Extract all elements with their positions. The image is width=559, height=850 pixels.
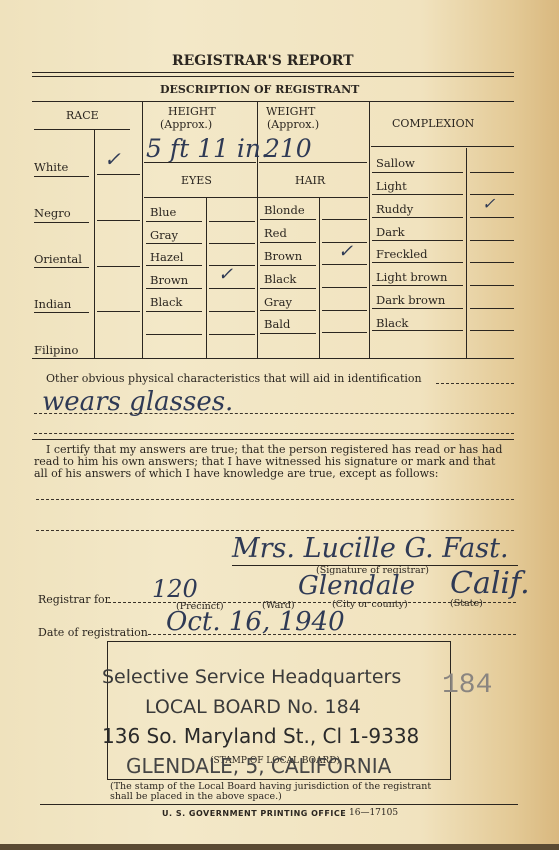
divider [260,310,316,311]
divider [209,265,255,266]
printer-credit: U. S. GOVERNMENT PRINTING OFFICE [162,810,346,818]
divider [146,221,202,222]
divider [36,530,514,531]
divider [94,129,95,358]
registration-card: REGISTRAR'S REPORT DESCRIPTION OF REGIST… [0,0,559,850]
certification-line-3: all of his answers of which I have knowl… [34,468,438,479]
divider [470,285,514,286]
complexion-freckled: Freckled [376,249,428,261]
divider [97,266,140,267]
hair-brown: Brown [264,251,302,263]
divider [34,267,89,268]
divider [209,243,255,244]
hair-gray: Gray [264,297,292,309]
race-checkmark: ✓ [104,147,121,171]
certification-line-1: I certify that my answers are true; that… [46,444,502,455]
divider [371,146,514,147]
divider [260,288,316,289]
hair-checkmark: ✓ [338,241,353,262]
race-indian: Indian [34,299,71,311]
divider [372,217,463,218]
report-title: REGISTRAR'S REPORT [172,54,354,68]
complexion-dark-brown: Dark brown [376,295,445,307]
registrar-for-label: Registrar for [38,594,110,605]
hair-black: Black [264,274,296,286]
divider [322,264,367,265]
hair-red: Red [264,228,287,240]
eyes-gray: Gray [150,230,178,242]
divider [32,72,514,73]
divider [322,242,367,243]
city-value: Glendale [298,571,415,601]
divider [319,197,320,358]
form-number: 16—17105 [349,809,398,818]
divider [372,308,463,309]
divider [372,194,463,195]
divider [34,433,514,434]
race-header: RACE [66,110,99,121]
divider [470,262,514,263]
divider [322,332,367,333]
side-stamp-number: 184 [442,670,492,701]
hair-blonde: Blonde [264,205,305,217]
race-filipino: Filipino [34,345,78,357]
divider [34,413,514,414]
eyes-hazel: Hazel [150,252,183,264]
divider [470,240,514,241]
complexion-black: Black [376,318,408,330]
complexion-header: COMPLEXION [392,118,474,129]
divider [372,262,463,263]
divider [470,194,514,195]
hair-bald: Bald [264,319,290,331]
divider [209,311,255,312]
divider [32,76,514,77]
divider [142,101,143,358]
divider [97,311,140,312]
divider [209,288,255,289]
divider [372,285,463,286]
divider [209,221,255,222]
divider [470,308,514,309]
complexion-checkmark: ✓ [482,194,495,213]
complexion-dark: Dark [376,227,405,239]
eyes-header: EYES [181,175,212,186]
precinct-value: 120 [152,575,198,603]
divider [260,219,316,220]
divider [470,172,514,173]
registration-date-value: Oct. 16, 1940 [166,607,345,637]
divider [470,217,514,218]
divider [206,197,207,358]
registration-date-label: Date of registration [38,627,148,638]
race-white: White [34,162,68,174]
eyes-checkmark: ✓ [218,264,233,285]
divider [436,383,514,384]
race-negro: Negro [34,208,71,220]
weight-header: WEIGHT [266,106,315,117]
divider [466,148,467,358]
stamp-line-4: GLENDALE, 5, CALIFORNIA [126,754,391,778]
complexion-sallow: Sallow [376,158,415,170]
complexion-ruddy: Ruddy [376,204,413,216]
section-title: DESCRIPTION OF REGISTRANT [160,84,359,95]
divider [97,174,140,175]
complexion-light: Light [376,181,407,193]
stamp-line-1: Selective Service Headquarters [102,666,401,688]
divider [369,101,370,358]
stamp-line-3: 136 So. Maryland St., Cl 1-9338 [102,724,419,748]
divider [34,129,130,130]
divider [146,311,202,312]
divider [372,330,463,331]
divider [34,222,89,223]
divider [32,439,514,440]
divider [40,804,518,805]
certification-line-2: read to him his own answers; that I have… [34,456,495,467]
divider [470,330,514,331]
divider [260,333,316,334]
divider [259,162,367,163]
complexion-light-brown: Light brown [376,272,447,284]
weight-subheader: (Approx.) [267,119,319,130]
divider [322,287,367,288]
divider [146,265,202,266]
divider [260,242,316,243]
stamp-note-line-2: shall be placed in the above space.) [110,792,282,802]
divider [260,265,316,266]
divider [372,240,463,241]
state-label: (State) [450,599,483,609]
divider [36,499,514,500]
divider [322,219,367,220]
eyes-brown: Brown [150,275,188,287]
height-header: HEIGHT [168,106,216,117]
divider [146,334,202,335]
height-value: 5 ft 11 in. [146,134,269,163]
divider [146,243,202,244]
height-subheader: (Approx.) [160,119,212,130]
divider [209,334,255,335]
divider [146,288,202,289]
divider [32,101,514,102]
divider [144,197,368,198]
eyes-blue: Blue [150,207,176,219]
eyes-black: Black [150,297,182,309]
registrar-signature: Mrs. Lucille G. Fast. [232,533,509,564]
race-oriental: Oriental [34,254,82,266]
divider [32,358,514,359]
divider [34,176,89,177]
divider [372,172,463,173]
hair-header: HAIR [295,175,325,186]
state-value: Calif. [450,566,530,601]
divider [34,312,89,313]
divider [97,220,140,221]
weight-value: 210 [264,134,312,163]
stamp-line-2: LOCAL BOARD No. 184 [145,696,361,718]
physical-characteristics-label: Other obvious physical characteristics t… [46,373,422,384]
divider [322,310,367,311]
divider [144,162,256,163]
